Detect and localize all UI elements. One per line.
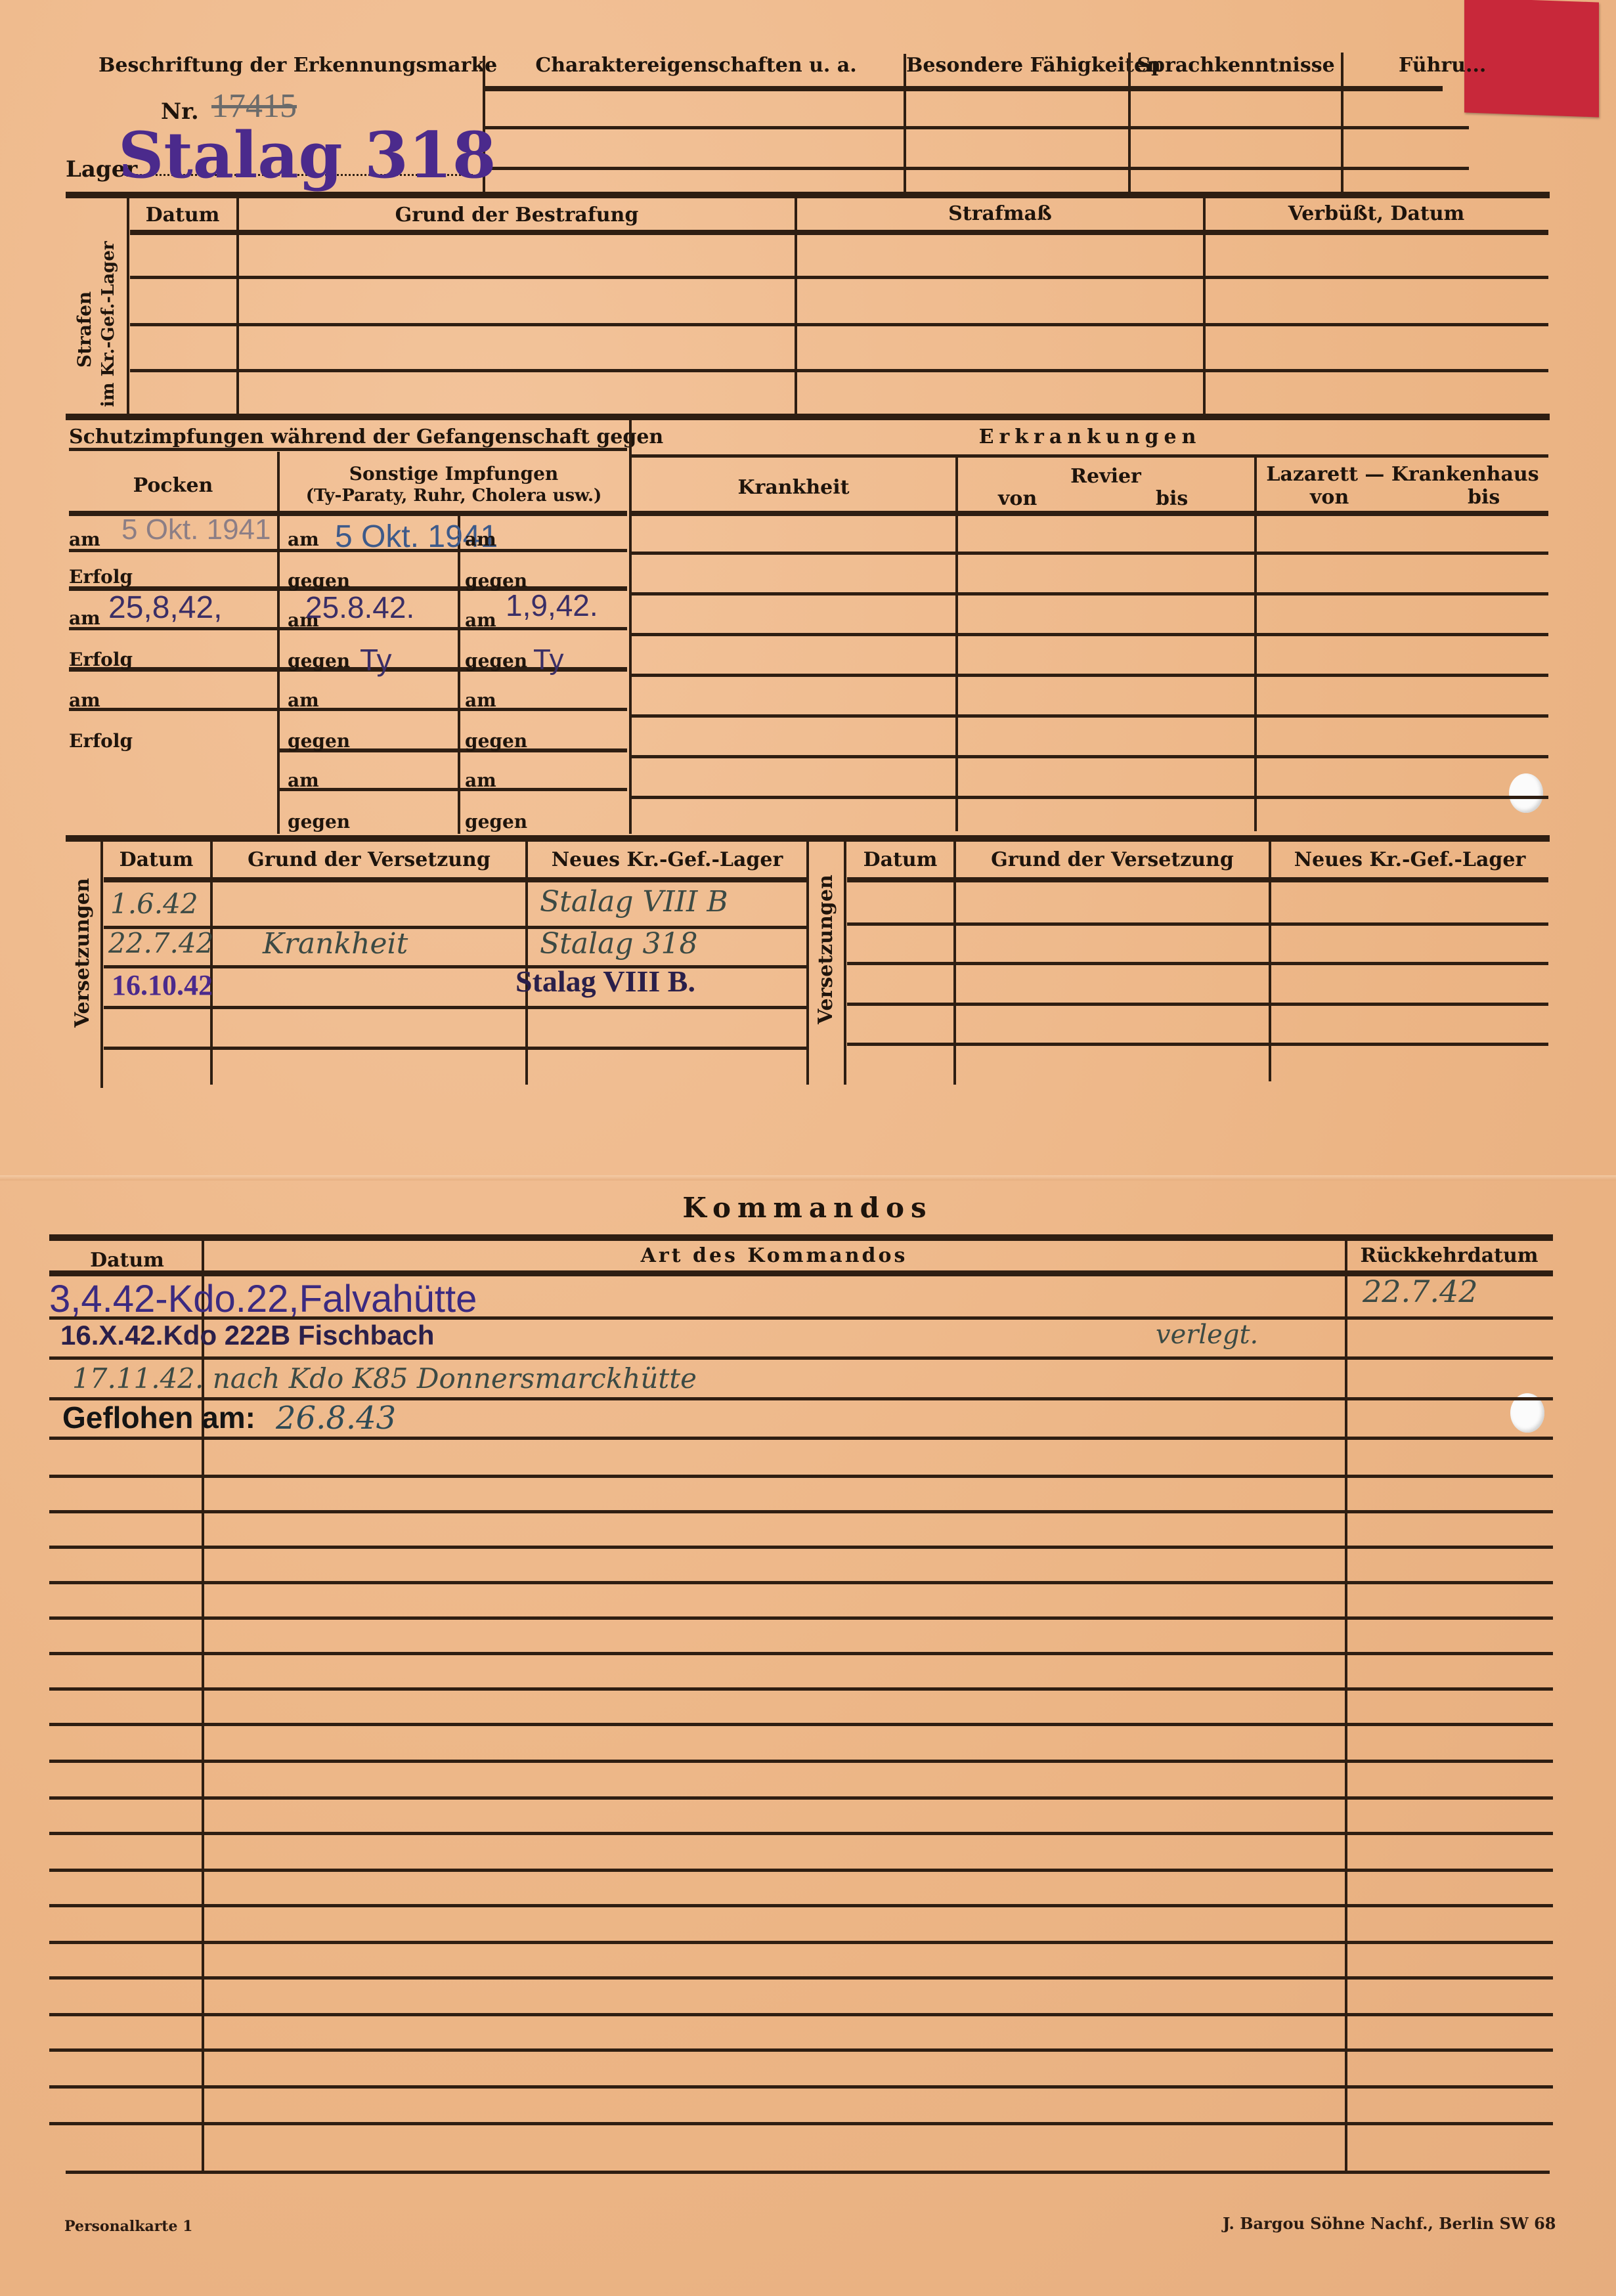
kommandos-col-datum: Datum <box>53 1249 202 1272</box>
sonstige-gegen-label: gegen <box>288 730 350 752</box>
sonstige-gegen-2[interactable]: Ty <box>360 642 392 678</box>
lager-stamp: Stalag 318 <box>118 118 496 192</box>
versetzung-r-row[interactable] <box>847 1003 1548 1006</box>
lazarett-header: Lazarett — Krankenhaus <box>1257 463 1548 486</box>
sonstige-am-label: am <box>288 529 319 550</box>
versetzung-r-col-lager: Neues Kr.-Gef.-Lager <box>1271 848 1548 871</box>
erkrankung-row[interactable] <box>632 755 1548 758</box>
versetzung-col-datum: Datum <box>102 848 210 871</box>
rule <box>484 86 1443 91</box>
sonstige2-am-label: am <box>465 529 496 550</box>
kommandos-title: Kommandos <box>591 1192 1024 1224</box>
erkennungsmarke-header: Beschriftung der Erkennungsmarke <box>98 54 453 77</box>
geflohen-label: Geflohen am: <box>62 1400 255 1435</box>
versetzung-r-col-grund: Grund der Versetzung <box>956 848 1269 871</box>
kommando-note-2[interactable]: verlegt. <box>1156 1320 1258 1350</box>
kommando-row[interactable] <box>49 1616 1553 1620</box>
versetzung-col-lager: Neues Kr.-Gef.-Lager <box>528 848 806 871</box>
kommando-row[interactable] <box>49 2048 1553 2052</box>
versetzung-grund-2[interactable]: Krankheit <box>263 927 408 961</box>
divider <box>127 198 129 415</box>
kommando-row[interactable] <box>49 1475 1553 1478</box>
column-charakter: Charaktereigenschaften u. a. <box>489 54 903 77</box>
divider <box>277 452 280 834</box>
sonstige-gegen-label: gegen <box>288 811 350 833</box>
sonstige2-gegen-2[interactable]: Ty <box>533 643 563 676</box>
kommando-row[interactable] <box>49 1796 1553 1800</box>
revier-von: von <box>998 487 1037 510</box>
kommando-row[interactable] <box>49 1941 1553 1944</box>
rule <box>632 511 1548 516</box>
versetzung-r-col-datum: Datum <box>847 848 953 871</box>
rule <box>104 877 806 882</box>
kommando-row[interactable] <box>49 1904 1553 1907</box>
pocken-erfolg-label: Erfolg <box>69 730 133 752</box>
sonstige-am-label: am <box>288 689 319 711</box>
strafen-row[interactable] <box>130 323 1548 326</box>
pocken-am-label: am <box>69 529 100 550</box>
rule <box>69 448 627 451</box>
section-rule <box>66 414 1550 420</box>
strafen-col-strafmass: Strafmaß <box>797 202 1203 225</box>
strafen-side-label-2: im Kr.-Gef.-Lager <box>98 241 118 407</box>
lazarett-von: von <box>1310 486 1349 509</box>
column-faehigkeiten: Besondere Fähigkeiten <box>906 54 1129 77</box>
pocken-am-label: am <box>69 607 100 629</box>
strafen-col-verbuesst: Verbüßt, Datum <box>1206 202 1547 225</box>
sonstige-am-label: am <box>288 769 319 791</box>
divider <box>458 515 460 834</box>
kommando-entry-1[interactable]: 3,4.42-Kdo.22,Falvahütte <box>49 1277 477 1321</box>
divider <box>844 842 846 1085</box>
erkrankungen-title: Erkrankungen <box>632 425 1548 448</box>
divider <box>1341 53 1343 194</box>
kommandos-col-rueckkehr: Rückkehrdatum <box>1347 1244 1551 1267</box>
kommando-row[interactable] <box>49 2013 1553 2016</box>
rule <box>484 167 1469 170</box>
printer-imprint: J. Bargou Söhne Nachf., Berlin SW 68 <box>1223 2214 1556 2233</box>
kommandos-col-art: Art des Kommandos <box>204 1244 1345 1267</box>
rule <box>49 1397 1553 1400</box>
erkrankung-row[interactable] <box>632 674 1548 677</box>
versetzung-col-grund: Grund der Versetzung <box>213 848 525 871</box>
column-sprachkenntnisse: Sprachkenntnisse <box>1131 54 1341 77</box>
erkrankung-row[interactable] <box>632 552 1548 555</box>
strafen-col-grund: Grund der Bestrafung <box>239 204 795 227</box>
versetzung-lager-3[interactable]: Stalag VIII B. <box>515 964 695 999</box>
kommando-row[interactable] <box>66 2171 1550 2174</box>
rule <box>69 627 627 630</box>
erkrankung-row[interactable] <box>632 592 1548 596</box>
lazarett-bis: bis <box>1468 486 1500 509</box>
pocken-am-1[interactable]: 5 Okt. 1941 <box>121 513 271 546</box>
rule <box>69 708 627 711</box>
erkrankung-row[interactable] <box>632 714 1548 718</box>
revier-header: Revier <box>957 465 1254 488</box>
divider <box>1345 1238 1347 2173</box>
revier-bis: bis <box>1156 487 1188 510</box>
versetzungen-side-label-right: Versetzungen <box>814 875 837 1024</box>
versetzung-lager-1[interactable]: Stalag VIII B <box>540 885 728 919</box>
kommando-row[interactable] <box>49 1723 1553 1726</box>
versetzungen-side-label-left: Versetzungen <box>71 878 94 1028</box>
sonstige2-am-2[interactable]: 1,9,42. <box>506 588 598 623</box>
rule <box>49 1437 1553 1440</box>
sonstige2-gegen-label: gegen <box>465 811 527 833</box>
sonstige-am-2[interactable]: 25.8.42. <box>305 590 414 625</box>
pocken-am-2[interactable]: 25,8,42, <box>108 590 222 626</box>
versetzung-r-row[interactable] <box>847 1043 1548 1046</box>
krankheit-header: Krankheit <box>632 476 955 499</box>
kommando-row[interactable] <box>49 1510 1553 1513</box>
versetzung-datum-3[interactable]: 16.10.42 <box>112 968 213 1002</box>
pocken-header: Pocken <box>69 474 277 497</box>
kommando-entry-2[interactable]: 16.X.42.Kdo 222B Fischbach <box>60 1320 435 1351</box>
pocken-erfolg-label: Erfolg <box>69 649 133 670</box>
impfungen-title: Schutzimpfungen während der Gefangenscha… <box>69 425 630 448</box>
sonstige2-am-label: am <box>465 769 496 791</box>
rule <box>279 788 627 791</box>
versetzung-r-row[interactable] <box>847 922 1548 926</box>
rule <box>104 1047 806 1050</box>
erkrankung-row[interactable] <box>632 796 1548 799</box>
divider <box>100 842 103 1088</box>
erkrankung-row[interactable] <box>632 633 1548 636</box>
kommando-row[interactable] <box>49 1581 1553 1584</box>
sonstige2-am-label: am <box>465 609 496 631</box>
versetzung-datum-1[interactable]: 1.6.42 <box>110 888 198 920</box>
kommando-row[interactable] <box>49 1760 1553 1763</box>
kommando-row[interactable] <box>49 1546 1553 1549</box>
section-rule <box>66 835 1550 842</box>
rule <box>632 454 1548 458</box>
strafen-side-label: Strafen <box>74 292 95 368</box>
geflohen-date[interactable]: 26.8.43 <box>276 1400 396 1437</box>
sonstige2-gegen-label: gegen <box>465 650 527 672</box>
pocken-am-label: am <box>69 689 100 711</box>
sonstige-subheader: (Ty-Paraty, Ruhr, Cholera usw.) <box>280 486 628 506</box>
sonstige-gegen-label: gegen <box>288 650 350 672</box>
fold-crease <box>0 1175 1616 1180</box>
sonstige2-gegen-label: gegen <box>465 730 527 752</box>
sonstige2-am-label: am <box>465 689 496 711</box>
rule <box>49 1356 1553 1360</box>
versetzung-datum-2[interactable]: 22.7.42 <box>108 927 213 959</box>
section-rule <box>49 1234 1553 1241</box>
rule <box>847 877 1548 882</box>
kommando-rueckkehr-1[interactable]: 22.7.42 <box>1363 1274 1478 1309</box>
kommando-row[interactable] <box>49 2085 1553 2089</box>
rule <box>104 1006 806 1009</box>
rule <box>484 126 1469 129</box>
versetzung-lager-2[interactable]: Stalag 318 <box>540 927 698 961</box>
sonstige-header: Sonstige Impfungen <box>280 463 628 485</box>
kommando-row[interactable] <box>49 1869 1553 1872</box>
strafen-row[interactable] <box>130 369 1548 372</box>
versetzung-r-row[interactable] <box>847 962 1548 965</box>
section-rule <box>66 192 1550 198</box>
punch-hole-top <box>1509 773 1543 813</box>
rule <box>49 1270 1553 1276</box>
strafen-row[interactable] <box>130 276 1548 279</box>
rule <box>130 230 1548 235</box>
strafen-col-datum: Datum <box>129 204 236 227</box>
divider <box>806 842 809 1085</box>
kommando-row[interactable] <box>49 2122 1553 2125</box>
sonstige-gegen-label: gegen <box>288 570 350 592</box>
column-fuehrung: Führu... <box>1399 54 1464 77</box>
kommando-row[interactable] <box>49 1832 1553 1835</box>
kommando-row[interactable] <box>49 1976 1553 1980</box>
form-number: Personalkarte 1 <box>64 2218 192 2235</box>
pocken-erfolg-label: Erfolg <box>69 566 133 588</box>
kommando-row[interactable] <box>49 1652 1553 1655</box>
kommando-entry-3[interactable]: 17.11.42. nach Kdo K85 Donnersmarckhütte <box>72 1362 697 1395</box>
kommando-row[interactable] <box>49 1687 1553 1691</box>
